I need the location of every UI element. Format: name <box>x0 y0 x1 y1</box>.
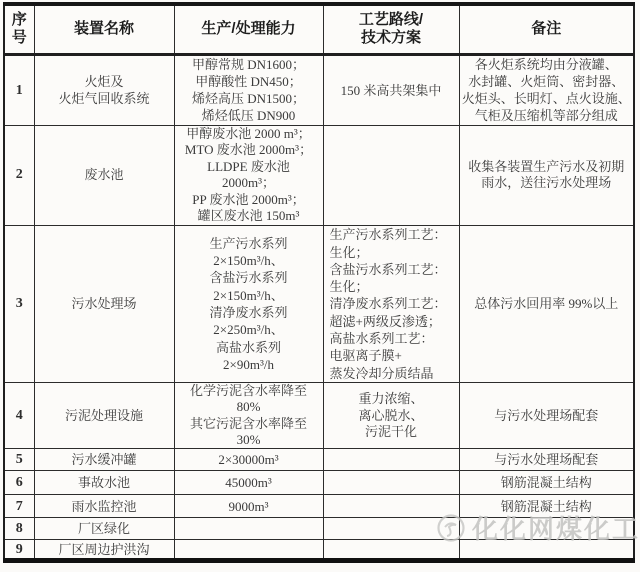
cell-capacity: 生产污水系列 2×150m³/h、 含盐污水系列 2×150m³/h、 清净废水… <box>174 226 323 383</box>
cell-name: 污泥处理设施 <box>34 383 174 449</box>
cell-capacity <box>174 518 323 540</box>
cell-process <box>323 540 459 561</box>
table-row-4: 4 污泥处理设施 化学污泥含水率降至 80% 其它污泥含水率降至 30% 重力浓… <box>4 383 634 449</box>
cell-capacity <box>174 540 323 561</box>
cell-index: 8 <box>4 518 34 540</box>
cell-process <box>323 495 459 518</box>
col-header-process: 工艺路线/ 技术方案 <box>323 4 459 54</box>
cell-process <box>323 518 459 540</box>
cell-process <box>323 125 459 226</box>
cell-index: 3 <box>4 226 34 383</box>
cell-capacity: 化学污泥含水率降至 80% 其它污泥含水率降至 30% <box>174 383 323 449</box>
cell-remark: 收集各装置生产污水及初期 雨水，送往污水处理场 <box>459 125 634 226</box>
cell-name: 污水缓冲罐 <box>34 449 174 471</box>
cell-remark: 钢筋混凝土结构 <box>459 495 634 518</box>
cell-index: 1 <box>4 54 34 125</box>
cell-remark: 总体污水回用率 99%以上 <box>459 226 634 383</box>
cell-capacity: 甲醇常规 DN1600； 甲醇酸性 DN450； 烯烃高压 DN1500； 烯烃… <box>174 54 323 125</box>
cell-index: 5 <box>4 449 34 471</box>
cell-process: 生产污水系列工艺： 生化； 含盐污水系列工艺： 生化； 清净废水系列工艺： 超滤… <box>323 226 459 383</box>
col-header-remark: 备注 <box>459 4 634 54</box>
cell-remark <box>459 518 634 540</box>
cell-name: 污水处理场 <box>34 226 174 383</box>
table-row-8: 8 厂区绿化 <box>4 518 634 540</box>
cell-name: 雨水监控池 <box>34 495 174 518</box>
col-header-capacity: 生产/处理能力 <box>174 4 323 54</box>
table-row-7: 7 雨水监控池 9000m³ 钢筋混凝土结构 <box>4 495 634 518</box>
cell-name: 火炬及 火炬气回收系统 <box>34 54 174 125</box>
col-header-name: 装置名称 <box>34 4 174 54</box>
header-row: 序 号 装置名称 生产/处理能力 工艺路线/ 技术方案 备注 <box>4 4 634 54</box>
cell-index: 7 <box>4 495 34 518</box>
facilities-table: 序 号 装置名称 生产/处理能力 工艺路线/ 技术方案 备注 1 火炬及 火炬气… <box>3 2 635 563</box>
cell-index: 4 <box>4 383 34 449</box>
cell-process: 150 米高共架集中 <box>323 54 459 125</box>
document-page: 序 号 装置名称 生产/处理能力 工艺路线/ 技术方案 备注 1 火炬及 火炬气… <box>0 0 640 572</box>
table-header: 序 号 装置名称 生产/处理能力 工艺路线/ 技术方案 备注 <box>4 4 634 54</box>
table-body: 1 火炬及 火炬气回收系统 甲醇常规 DN1600； 甲醇酸性 DN450； 烯… <box>4 54 634 561</box>
cell-index: 6 <box>4 471 34 495</box>
cell-name: 厂区周边护洪沟 <box>34 540 174 561</box>
col-header-index: 序 号 <box>4 4 34 54</box>
cell-index: 9 <box>4 540 34 561</box>
table-row-9: 9 厂区周边护洪沟 <box>4 540 634 561</box>
cell-name: 废水池 <box>34 125 174 226</box>
cell-index: 2 <box>4 125 34 226</box>
cell-remark: 钢筋混凝土结构 <box>459 471 634 495</box>
cell-process <box>323 449 459 471</box>
cell-capacity: 2×30000m³ <box>174 449 323 471</box>
cell-remark: 与污水处理场配套 <box>459 449 634 471</box>
cell-capacity: 9000m³ <box>174 495 323 518</box>
table-row-3: 3 污水处理场 生产污水系列 2×150m³/h、 含盐污水系列 2×150m³… <box>4 226 634 383</box>
table-row-1: 1 火炬及 火炬气回收系统 甲醇常规 DN1600； 甲醇酸性 DN450； 烯… <box>4 54 634 125</box>
cell-remark <box>459 540 634 561</box>
cell-capacity: 甲醇废水池 2000 m³； MTO 废水池 2000m³； LLDPE 废水池… <box>174 125 323 226</box>
table-row-6: 6 事故水池 45000m³ 钢筋混凝土结构 <box>4 471 634 495</box>
cell-process <box>323 471 459 495</box>
table-row-2: 2 废水池 甲醇废水池 2000 m³； MTO 废水池 2000m³； LLD… <box>4 125 634 226</box>
cell-process: 重力浓缩、 离心脱水、 污泥干化 <box>323 383 459 449</box>
cell-name: 事故水池 <box>34 471 174 495</box>
table-row-5: 5 污水缓冲罐 2×30000m³ 与污水处理场配套 <box>4 449 634 471</box>
cell-capacity: 45000m³ <box>174 471 323 495</box>
cell-remark: 与污水处理场配套 <box>459 383 634 449</box>
cell-remark: 各火炬系统均由分液罐、 水封罐、火炬筒、密封器、 火炬头、长明灯、点火设施、 气… <box>459 54 634 125</box>
cell-name: 厂区绿化 <box>34 518 174 540</box>
